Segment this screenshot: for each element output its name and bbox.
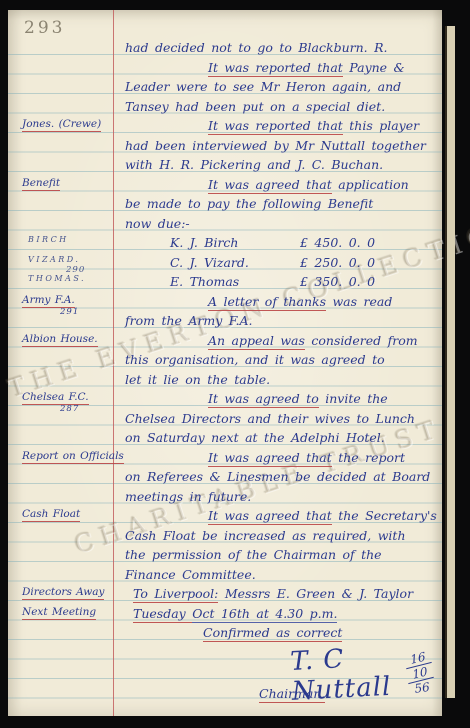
- margin-note: Cash Float: [22, 508, 80, 520]
- handwritten-line: had decided not to go to Blackburn. R.: [125, 40, 438, 58]
- text-segment: Messrs E. Green & J. Taylor: [218, 586, 413, 601]
- handwritten-line: Leader were to see Mr Heron again, and: [125, 79, 438, 97]
- margin-note: Directors Away: [22, 586, 104, 598]
- text-segment: this organisation, and it was agreed to: [125, 352, 385, 367]
- text-segment: It was reported that: [208, 60, 343, 77]
- text-segment: Leader were to see Mr Heron again, and: [125, 79, 401, 94]
- handwritten-line: let it lie on the table.: [125, 372, 438, 390]
- book-page-edge: [445, 26, 455, 698]
- text-segment: It was agreed that: [208, 508, 332, 525]
- text-segment: Oct 16th at 4.30 p.m.: [192, 606, 337, 623]
- text-segment: It was agreed to: [208, 391, 319, 408]
- handwritten-line: on Saturday next at the Adelphi Hotel.: [125, 430, 438, 448]
- handwritten-line: It was agreed that the report: [208, 450, 470, 468]
- text-segment: Payne &: [343, 60, 405, 75]
- text-segment: application: [332, 177, 409, 192]
- handwritten-line: now due:-: [125, 216, 438, 234]
- margin-note: Chelsea F.C.287: [22, 391, 89, 414]
- handwritten-line: It was reported that Payne &: [208, 60, 470, 78]
- text-segment: To Liverpool:: [133, 586, 218, 603]
- text-segment: Tuesday: [133, 606, 192, 623]
- margin-note: Benefit: [22, 177, 60, 189]
- handwritten-line: on Referees & Linesmen be decided at Boa…: [125, 469, 438, 487]
- margin-note: VIZARD.290: [28, 255, 85, 275]
- handwritten-line: It was agreed to invite the: [208, 391, 470, 409]
- handwritten-line: Chelsea Directors and their wives to Lun…: [125, 411, 438, 429]
- text-segment: the report: [332, 450, 405, 465]
- handwritten-line: with H. R. Pickering and J. C. Buchan.: [125, 157, 438, 175]
- margin-note: Report on Officials: [22, 450, 124, 462]
- handwritten-line: E. Thomas£ 350. 0. 0: [125, 274, 438, 292]
- handwritten-line: the permission of the Chairman of the: [125, 547, 438, 565]
- handwritten-line: A letter of thanks was read: [208, 294, 470, 312]
- text-segment: the Secretary's: [332, 508, 437, 523]
- text-segment: It was agreed that: [208, 450, 332, 467]
- handwritten-line: Tuesday Oct 16th at 4.30 p.m.: [133, 606, 446, 624]
- text-segment: the permission of the Chairman of the: [125, 547, 382, 562]
- text-segment: this player: [343, 118, 419, 133]
- text-segment: on Referees & Linesmen be decided at Boa…: [125, 469, 430, 484]
- handwritten-line: It was agreed that the Secretary's: [208, 508, 470, 526]
- text-segment: It was reported that: [208, 118, 343, 135]
- text-segment: A letter of thanks: [208, 294, 326, 311]
- text-segment: now due:-: [125, 216, 190, 231]
- handwritten-line: An appeal was considered from: [208, 333, 470, 351]
- payment-amount: £ 350. 0. 0: [300, 274, 375, 289]
- handwritten-line: It was agreed that application: [208, 177, 470, 195]
- handwritten-minutes: had decided not to go to Blackburn. R.It…: [8, 10, 442, 716]
- margin-ref-number: 287: [60, 404, 89, 414]
- margin-note: Jones. (Crewe): [22, 118, 101, 130]
- handwritten-line: be made to pay the following Benefit: [125, 196, 438, 214]
- handwritten-line: had been interviewed by Mr Nuttall toget…: [125, 138, 438, 156]
- text-segment: Chelsea Directors and their wives to Lun…: [125, 411, 415, 426]
- payment-amount: £ 450. 0. 0: [300, 235, 375, 250]
- text-segment: Confirmed as correct: [203, 625, 342, 642]
- payee-name: C. J. Vizard.: [170, 255, 249, 270]
- minute-book-page: 293 THE EVERTON COLLECTION CHARITABLE TR…: [8, 10, 442, 716]
- handwritten-line: Cash Float be increased as required, wit…: [125, 528, 438, 546]
- margin-note: Albion House.: [22, 333, 98, 345]
- text-segment: from the Army F.A.: [125, 313, 253, 328]
- photo-frame: 293 THE EVERTON COLLECTION CHARITABLE TR…: [0, 0, 470, 728]
- text-segment: was read: [326, 294, 392, 309]
- handwritten-line: C. J. Vizard.£ 250. 0. 0: [125, 255, 438, 273]
- text-segment: Tansey had been put on a special diet.: [125, 99, 385, 114]
- payee-name: E. Thomas: [170, 274, 239, 289]
- handwritten-line: Finance Committee.: [125, 567, 438, 585]
- text-segment: Finance Committee.: [125, 567, 256, 582]
- handwritten-line: from the Army F.A.: [125, 313, 438, 331]
- handwritten-line: To Liverpool: Messrs E. Green & J. Taylo…: [133, 586, 446, 604]
- text-segment: had decided not to go to Blackburn. R.: [125, 40, 388, 55]
- chairman-label: Chairman.: [259, 686, 325, 703]
- text-segment: Cash Float be increased as required, wit…: [125, 528, 406, 543]
- text-segment: considered from: [305, 333, 418, 348]
- margin-note: Next Meeting: [22, 606, 96, 618]
- handwritten-line: Tansey had been put on a special diet.: [125, 99, 438, 117]
- margin-note: Army F.A.291: [22, 294, 79, 317]
- text-segment: meetings in future.: [125, 489, 251, 504]
- handwritten-line: meetings in future.: [125, 489, 438, 507]
- text-segment: invite the: [319, 391, 388, 406]
- handwritten-line: K. J. Birch£ 450. 0. 0: [125, 235, 438, 253]
- margin-note: THOMAS.: [28, 274, 86, 283]
- handwritten-line: this organisation, and it was agreed to: [125, 352, 438, 370]
- handwritten-line: It was reported that this player: [208, 118, 470, 136]
- text-segment: An appeal was: [208, 333, 305, 350]
- text-segment: with H. R. Pickering and J. C. Buchan.: [125, 157, 383, 172]
- margin-note: BIRCH: [28, 235, 69, 244]
- payment-amount: £ 250. 0. 0: [300, 255, 375, 270]
- text-segment: let it lie on the table.: [125, 372, 270, 387]
- text-segment: be made to pay the following Benefit: [125, 196, 373, 211]
- text-segment: on Saturday next at the Adelphi Hotel.: [125, 430, 385, 445]
- margin-ref-number: 290: [66, 265, 85, 275]
- text-segment: had been interviewed by Mr Nuttall toget…: [125, 138, 426, 153]
- payee-name: K. J. Birch: [170, 235, 238, 250]
- margin-ref-number: 291: [60, 307, 79, 317]
- text-segment: It was agreed that: [208, 177, 332, 194]
